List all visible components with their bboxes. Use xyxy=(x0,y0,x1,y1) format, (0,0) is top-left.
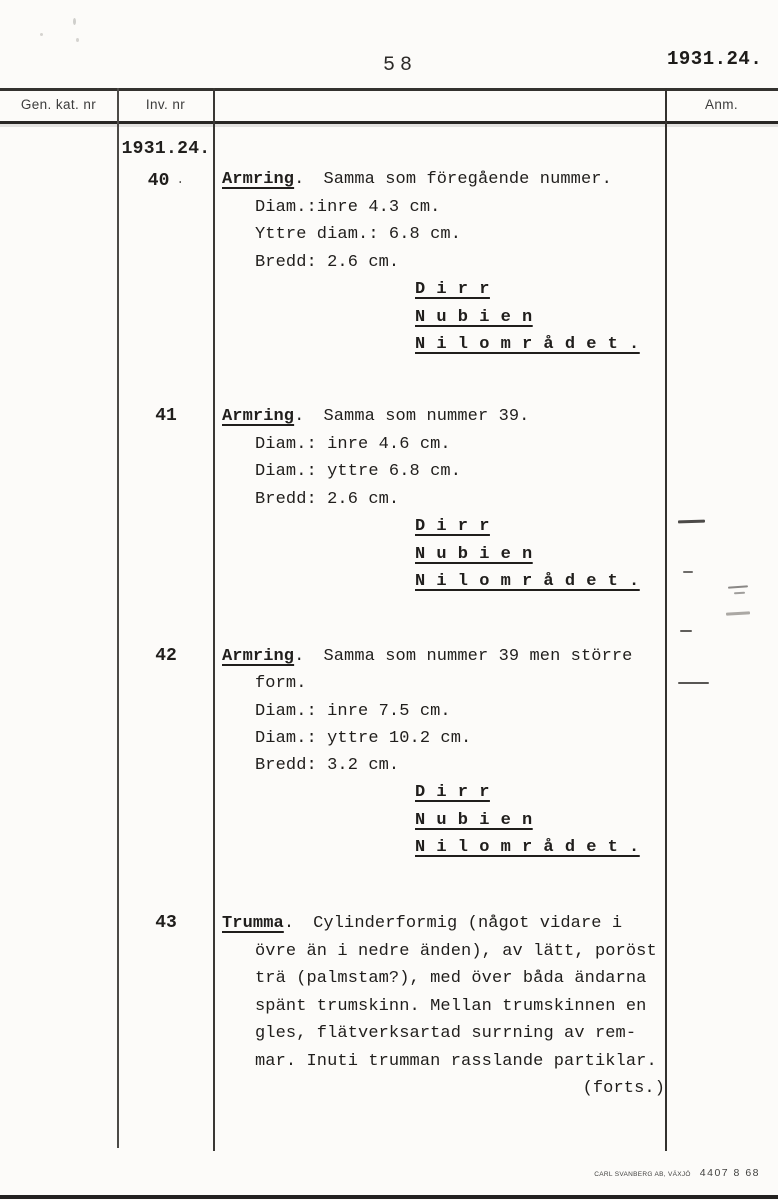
entry-detail: Yttre diam.: 6.8 cm. xyxy=(222,221,668,249)
provenance-line: N i l o m r å d e t . xyxy=(415,572,640,591)
entry-detail: övre än i nedre änden), av lätt, poröst xyxy=(222,938,668,966)
provenance-line: D i r r xyxy=(415,280,490,299)
provenance-line: N u b i e n xyxy=(415,545,533,564)
entry-title-line: Armring.Samma som nummer 39 men större xyxy=(222,643,668,670)
entry-title-line: Armring.Samma som nummer 39. xyxy=(222,403,668,431)
provenance-line: N u b i e n xyxy=(415,308,533,327)
inventory-group-label: 1931.24. xyxy=(117,139,215,159)
page-number: 58 xyxy=(383,54,417,77)
entry-detail: gles, flätverksartad surrning av rem- xyxy=(222,1020,668,1048)
ink-dot: . xyxy=(176,172,184,187)
column-header-inv-nr: Inv. nr xyxy=(117,97,214,112)
page-bottom-edge xyxy=(0,1195,778,1199)
entry-detail: mar. Inuti trumman rasslande partiklar. xyxy=(222,1048,668,1076)
entry-intro: Samma som nummer 39. xyxy=(323,407,529,426)
entry-intro: Samma som nummer 39 men större xyxy=(323,647,632,666)
catalog-page: 58 1931.24. Gen. kat. nr Inv. nr Anm. 19… xyxy=(0,0,778,1200)
pencil-mark xyxy=(734,592,745,594)
entry-detail: Bredd: 2.6 cm. xyxy=(222,249,668,277)
provenance-block: D i r r N u b i e n N i l o m r å d e t … xyxy=(222,779,668,861)
object-title: Armring xyxy=(222,647,294,666)
pencil-mark xyxy=(726,611,750,615)
pencil-mark xyxy=(678,520,705,523)
entry-detail: Diam.: inre 4.6 cm. xyxy=(222,431,668,459)
entry-text: Trumma.Cylinderformig (något vidare i öv… xyxy=(222,910,668,1103)
entry-detail: Diam.: yttre 10.2 cm. xyxy=(222,725,668,752)
pencil-mark xyxy=(728,585,748,588)
column-header-anm: Anm. xyxy=(665,97,778,112)
column-header-gen-kat-nr: Gen. kat. nr xyxy=(0,97,117,112)
entry-detail: form. xyxy=(222,670,668,697)
scan-speck xyxy=(73,18,76,25)
object-title: Armring xyxy=(222,407,294,426)
provenance-line: D i r r xyxy=(415,517,490,536)
inventory-number: 42 xyxy=(117,643,215,671)
object-title: Armring xyxy=(222,170,294,189)
entry-title-line: Trumma.Cylinderformig (något vidare i xyxy=(222,910,668,938)
inventory-number: 41 xyxy=(117,403,215,431)
entry-detail: Diam.:inre 4.3 cm. xyxy=(222,194,668,222)
column-divider-inv xyxy=(213,88,215,1151)
entry-title-line: Armring.Samma som föregående nummer. xyxy=(222,166,668,194)
inventory-number: 43 xyxy=(117,910,215,938)
provenance-line: N i l o m r å d e t . xyxy=(415,838,640,857)
pencil-mark xyxy=(680,630,692,632)
entry-detail: Bredd: 3.2 cm. xyxy=(222,752,668,779)
pencil-mark xyxy=(683,571,693,573)
continuation-note: (forts.) xyxy=(222,1075,668,1103)
printer-name: CARL SVANBERG AB, VÄXJÖ xyxy=(594,1171,690,1178)
entry-intro: Cylinderformig (något vidare i xyxy=(313,914,622,933)
dossier-number: 1931.24. xyxy=(667,48,762,70)
entry-text: Armring.Samma som nummer 39 men större f… xyxy=(222,643,668,861)
entry-detail: spänt trumskinn. Mellan trumskinnen en xyxy=(222,993,668,1021)
provenance-block: D i r r N u b i e n N i l o m r å d e t … xyxy=(222,513,668,596)
entry-detail: Bredd: 2.6 cm. xyxy=(222,486,668,514)
scan-speck xyxy=(76,38,79,42)
provenance-line: D i r r xyxy=(415,783,490,802)
column-divider-gen-kat xyxy=(117,88,119,1148)
printer-code: 4407 8 68 xyxy=(700,1167,760,1179)
printer-imprint: CARL SVANBERG AB, VÄXJÖ4407 8 68 xyxy=(594,1163,760,1181)
provenance-line: N i l o m r å d e t . xyxy=(415,335,640,354)
pencil-mark xyxy=(678,682,709,684)
entry-detail: trä (palmstam?), med över båda ändarna xyxy=(222,965,668,993)
object-title: Trumma xyxy=(222,914,284,933)
provenance-block: D i r r N u b i e n N i l o m r å d e t … xyxy=(222,276,668,359)
provenance-line: N u b i e n xyxy=(415,811,533,830)
entry-intro: Samma som föregående nummer. xyxy=(323,170,611,189)
entry-detail: Diam.: inre 7.5 cm. xyxy=(222,698,668,725)
scan-speck xyxy=(40,33,43,36)
entry-text: Armring.Samma som föregående nummer. Dia… xyxy=(222,166,668,359)
entry-text: Armring.Samma som nummer 39. Diam.: inre… xyxy=(222,403,668,596)
entry-detail: Diam.: yttre 6.8 cm. xyxy=(222,458,668,486)
inventory-number: 40. xyxy=(117,166,215,196)
